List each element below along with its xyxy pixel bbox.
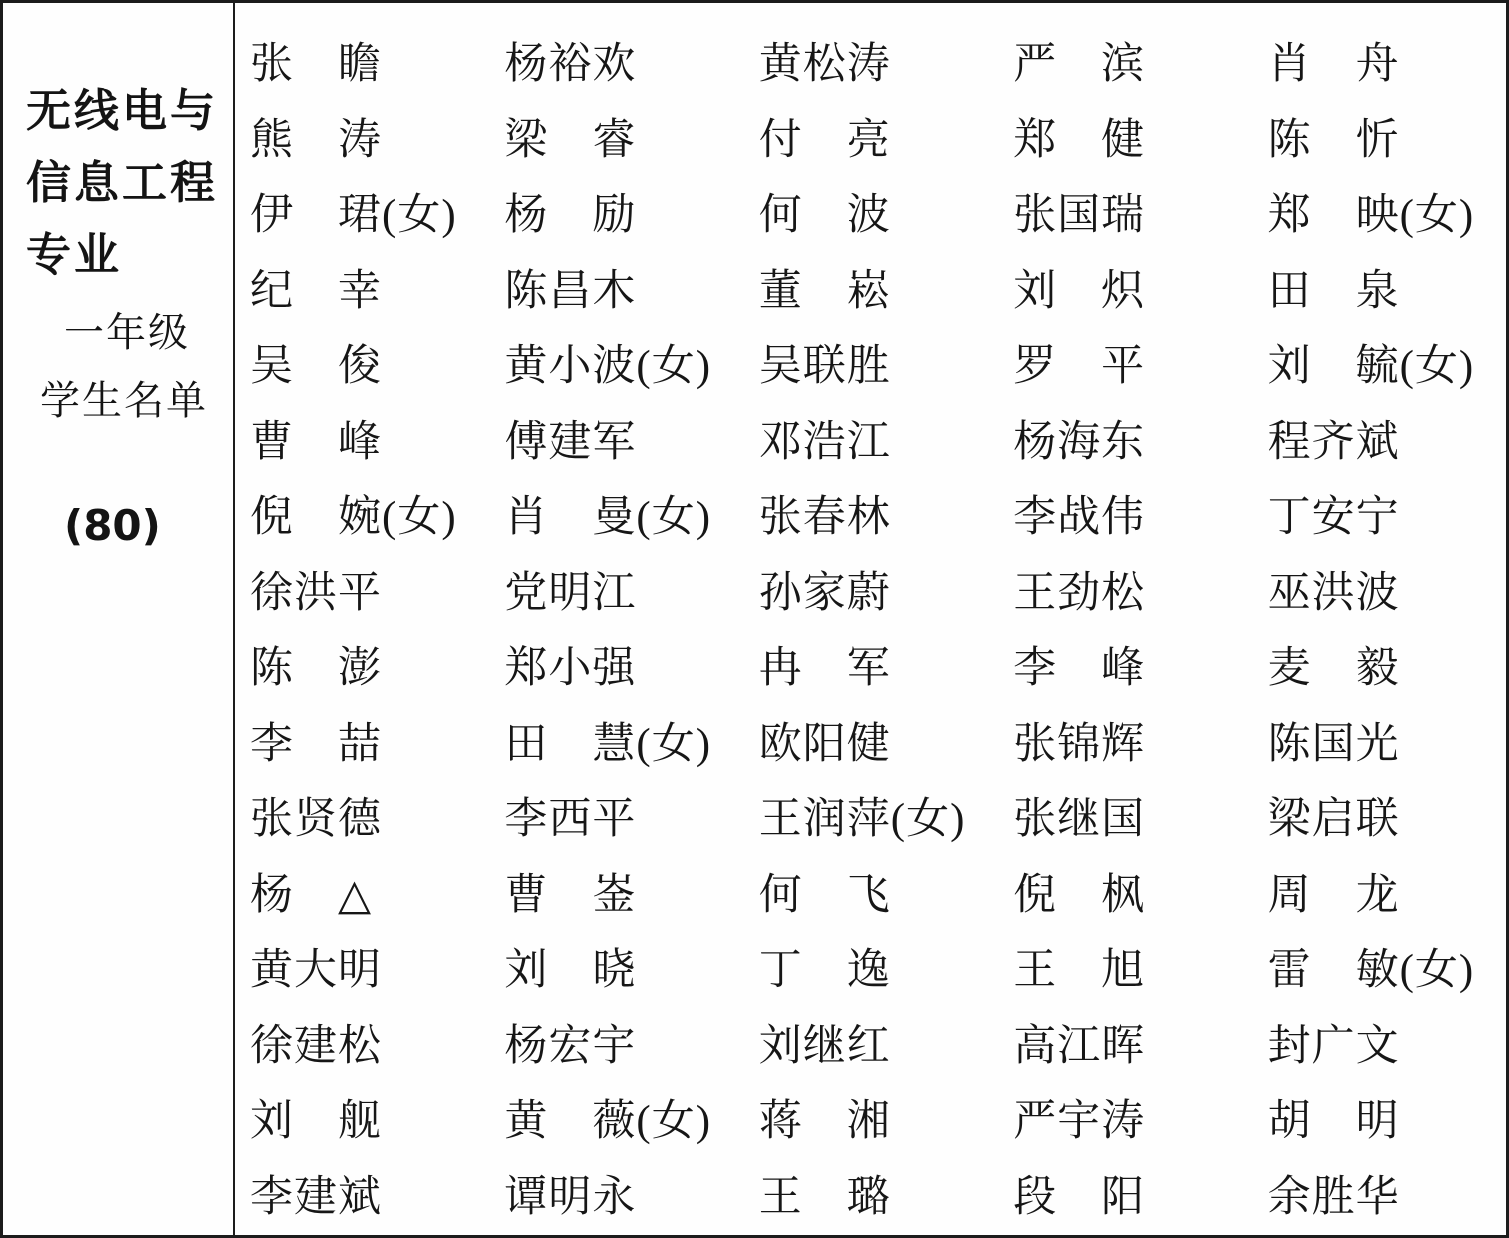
student-name: 董 崧 — [746, 250, 1000, 326]
student-name: 徐洪平 — [237, 552, 491, 628]
student-name: 孙家蔚 — [746, 552, 1000, 628]
list-label: 学生名单 — [40, 369, 208, 426]
student-name: 罗 平 — [1000, 325, 1254, 401]
student-name: 杨海东 — [1000, 401, 1254, 477]
student-name: 何 波 — [746, 174, 1000, 250]
student-name: 周 龙 — [1255, 854, 1509, 930]
major-title-line2: 信息工程 — [26, 147, 218, 219]
grade-label: 一年级 — [64, 301, 190, 358]
student-name: 黄大明 — [237, 929, 491, 1005]
student-name: 程齐斌 — [1255, 401, 1509, 477]
student-name: 陈昌木 — [491, 250, 745, 326]
student-name: 郑 映(女) — [1255, 174, 1509, 250]
student-name: 高江晖 — [1000, 1005, 1254, 1081]
student-name: 黄松涛 — [746, 23, 1000, 99]
student-name: 曹 崟 — [491, 854, 745, 930]
student-name: 杨 励 — [491, 174, 745, 250]
student-name: 丁 逸 — [746, 929, 1000, 1005]
roster-header-column: 无线电与 信息工程 专业 一年级 学生名单 (80) — [6, 3, 233, 1235]
student-name: 刘 舰 — [237, 1080, 491, 1156]
student-name: 余胜华 — [1255, 1156, 1509, 1232]
student-name: 杨裕欢 — [491, 23, 745, 99]
student-name: 何 飞 — [746, 854, 1000, 930]
student-name: 张 瞻 — [237, 23, 491, 99]
student-name: 严 滨 — [1000, 23, 1254, 99]
student-roster-table: 无线电与 信息工程 专业 一年级 学生名单 (80) 张 瞻杨裕欢黄松涛严 滨肖… — [0, 0, 1509, 1238]
student-name: 郑 健 — [1000, 99, 1254, 175]
student-name: 张贤德 — [237, 778, 491, 854]
student-name: 刘 炽 — [1000, 250, 1254, 326]
student-name: 熊 涛 — [237, 99, 491, 175]
student-name: 陈 澎 — [237, 627, 491, 703]
major-title-line1: 无线电与 — [26, 75, 218, 147]
student-name: 倪 枫 — [1000, 854, 1254, 930]
student-name: 李战伟 — [1000, 476, 1254, 552]
student-name: 黄小波(女) — [491, 325, 745, 401]
student-name: 张继国 — [1000, 778, 1254, 854]
student-name: 张锦辉 — [1000, 703, 1254, 779]
student-name: 刘 晓 — [491, 929, 745, 1005]
student-name: 梁启联 — [1255, 778, 1509, 854]
student-name: 田 泉 — [1255, 250, 1509, 326]
student-name: 黄 薇(女) — [491, 1080, 745, 1156]
student-name: 邓浩江 — [746, 401, 1000, 477]
student-name: 李西平 — [491, 778, 745, 854]
student-name: 刘继红 — [746, 1005, 1000, 1081]
student-name: 党明江 — [491, 552, 745, 628]
student-name: 张春林 — [746, 476, 1000, 552]
student-name: 谭明永 — [491, 1156, 745, 1232]
student-name: 伊 珺(女) — [237, 174, 491, 250]
student-name: 肖 舟 — [1255, 23, 1509, 99]
column-divider — [233, 3, 235, 1235]
student-name: 王润萍(女) — [746, 778, 1000, 854]
student-name: 巫洪波 — [1255, 552, 1509, 628]
student-name: 严宇涛 — [1000, 1080, 1254, 1156]
student-name: 肖 曼(女) — [491, 476, 745, 552]
student-name: 陈国光 — [1255, 703, 1509, 779]
major-title: 无线电与 信息工程 专业 — [26, 75, 218, 291]
student-name: 付 亮 — [746, 99, 1000, 175]
student-name: 郑小强 — [491, 627, 745, 703]
student-name: 王 旭 — [1000, 929, 1254, 1005]
student-name: 冉 军 — [746, 627, 1000, 703]
student-count: (80) — [64, 501, 161, 550]
student-name: 段 阳 — [1000, 1156, 1254, 1232]
student-name: 曹 峰 — [237, 401, 491, 477]
student-name: 丁安宁 — [1255, 476, 1509, 552]
student-name: 胡 明 — [1255, 1080, 1509, 1156]
student-name: 杨宏宇 — [491, 1005, 745, 1081]
student-name: 吴 俊 — [237, 325, 491, 401]
student-name: 王劲松 — [1000, 552, 1254, 628]
student-name: 纪 幸 — [237, 250, 491, 326]
student-name: 倪 婉(女) — [237, 476, 491, 552]
student-name: 张国瑞 — [1000, 174, 1254, 250]
student-name: 吴联胜 — [746, 325, 1000, 401]
student-name: 雷 敏(女) — [1255, 929, 1509, 1005]
student-name: 陈 忻 — [1255, 99, 1509, 175]
student-name: 王 璐 — [746, 1156, 1000, 1232]
student-name: 李 喆 — [237, 703, 491, 779]
student-name: 梁 睿 — [491, 99, 745, 175]
student-name: 麦 毅 — [1255, 627, 1509, 703]
student-name: 刘 毓(女) — [1255, 325, 1509, 401]
student-name: 李建斌 — [237, 1156, 491, 1232]
student-name: 封广文 — [1255, 1005, 1509, 1081]
major-title-line3: 专业 — [26, 219, 218, 291]
student-name: 田 慧(女) — [491, 703, 745, 779]
student-name: 傅建军 — [491, 401, 745, 477]
student-name: 徐建松 — [237, 1005, 491, 1081]
name-grid: 张 瞻杨裕欢黄松涛严 滨肖 舟熊 涛梁 睿付 亮郑 健陈 忻伊 珺(女)杨 励何… — [237, 23, 1509, 1231]
student-name: 杨 △ — [237, 854, 491, 930]
student-name: 欧阳健 — [746, 703, 1000, 779]
student-name: 李 峰 — [1000, 627, 1254, 703]
student-name: 蒋 湘 — [746, 1080, 1000, 1156]
